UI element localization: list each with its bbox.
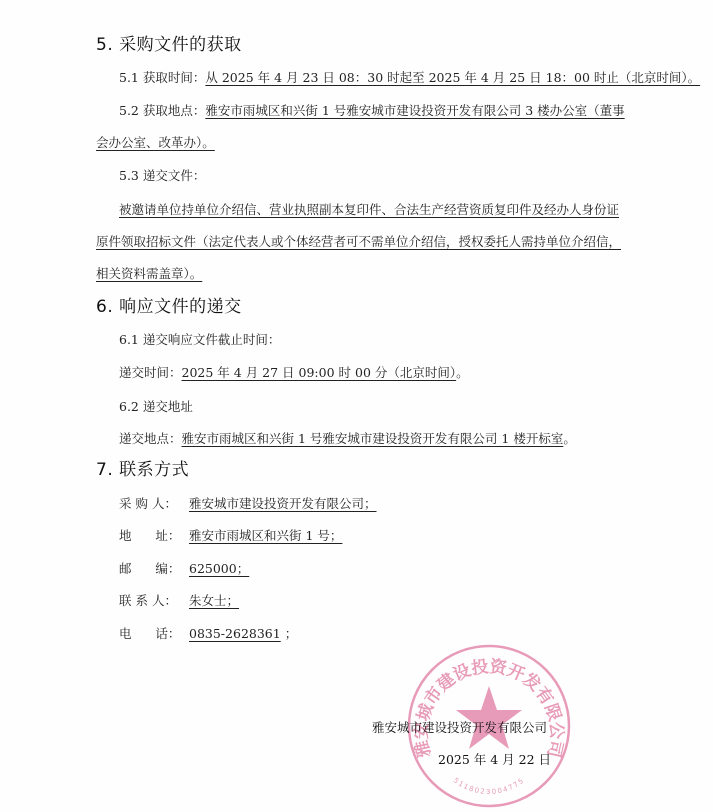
s5-1-label: 5.1 获取时间： xyxy=(119,70,205,85)
section-6-heading: 6. 响应文件的递交 xyxy=(96,292,242,317)
s5-2-line-2: 会办公室、改革办）。 xyxy=(96,133,215,151)
contact-value: 雅安市雨城区和兴街 1 号； xyxy=(189,528,342,543)
s5-3-text-1: 被邀请单位持单位介绍信、营业执照副本复印件、合法生产经营资质复印件及经办人身份证 xyxy=(119,202,619,217)
s5-2-label: 5.2 获取地点： xyxy=(119,103,205,118)
s5-2-value-line2: 会办公室、改革办）。 xyxy=(96,135,215,150)
contact-value: 朱女士； xyxy=(189,593,239,608)
document-page: 5. 采购文件的获取 5.1 获取时间：从 2025 年 4 月 23 日 08… xyxy=(0,0,713,812)
s6-1-time-line: 递交时间：2025 年 4 月 27 日 09:00 时 00 分（北京时间）。 xyxy=(119,363,469,381)
contact-label: 采 购 人： xyxy=(119,494,189,512)
s5-2-line: 5.2 获取地点：雅安市雨城区和兴街 1 号雅安城市建设投资开发有限公司 3 楼… xyxy=(119,101,625,119)
signature-company: 雅安城市建设投资开发有限公司 xyxy=(372,718,547,736)
contact-label: 电 话： xyxy=(119,624,189,642)
contact-row-address: 地 址：雅安市雨城区和兴街 1 号； xyxy=(119,526,342,544)
contact-row-person: 联 系 人：朱女士； xyxy=(119,591,239,609)
s5-1-line: 5.1 获取时间：从 2025 年 4 月 23 日 08：30 时起至 202… xyxy=(119,68,700,86)
s6-1-time-label: 递交时间： xyxy=(119,365,182,380)
s5-3-text-2: 原件领取招标文件（法定代表人或个体经营者可不需单位介绍信，授权委托人需持单位介绍… xyxy=(96,234,621,249)
s5-3-line-3: 相关资料需盖章）。 xyxy=(96,264,202,282)
svg-text:5118023004775: 5118023004775 xyxy=(452,776,526,796)
contact-row-postcode: 邮 编：625000； xyxy=(119,559,249,577)
s5-1-value: 从 2025 年 4 月 23 日 08：30 时起至 2025 年 4 月 2… xyxy=(205,70,700,85)
s6-2-addr-end: 。 xyxy=(563,431,576,446)
s6-1-time-value: 2025 年 4 月 27 日 09:00 时 00 分（北京时间） xyxy=(182,365,457,380)
s6-2-label: 6.2 递交地址 xyxy=(119,397,193,415)
section-7-heading: 7. 联系方式 xyxy=(96,455,189,480)
s5-3-text-3: 相关资料需盖章）。 xyxy=(96,266,202,281)
s5-3-label: 5.3 递交文件： xyxy=(119,166,205,184)
s5-3-line-1: 被邀请单位持单位介绍信、营业执照副本复印件、合法生产经营资质复印件及经办人身份证 xyxy=(119,200,619,218)
contact-row-phone: 电 话：0835-2628361 ； xyxy=(119,624,297,642)
s6-2-addr-label: 递交地点： xyxy=(119,431,182,446)
s6-1-time-end: 。 xyxy=(456,365,469,380)
s6-1-label: 6.1 递交响应文件截止时间： xyxy=(119,330,280,348)
contact-value: 雅安城市建设投资开发有限公司； xyxy=(189,496,377,511)
contact-row-purchaser: 采 购 人：雅安城市建设投资开发有限公司； xyxy=(119,494,377,512)
s5-2-value-line1: 雅安市雨城区和兴街 1 号雅安城市建设投资开发有限公司 3 楼办公室（董事 xyxy=(205,103,624,118)
section-5-heading: 5. 采购文件的获取 xyxy=(96,30,242,55)
contact-value: 625000； xyxy=(189,561,249,576)
contact-value: 0835-2628361 xyxy=(189,626,281,641)
s6-2-addr-value: 雅安市雨城区和兴街 1 号雅安城市建设投资开发有限公司 1 楼开标室 xyxy=(182,431,564,446)
s6-2-addr-line: 递交地点：雅安市雨城区和兴街 1 号雅安城市建设投资开发有限公司 1 楼开标室。 xyxy=(119,429,576,447)
contact-label: 联 系 人： xyxy=(119,591,189,609)
s5-3-line-2: 原件领取招标文件（法定代表人或个体经营者可不需单位介绍信，授权委托人需持单位介绍… xyxy=(96,232,621,250)
stamp-code: 5118023004775 xyxy=(452,776,526,796)
contact-label: 地 址： xyxy=(119,526,189,544)
contact-label: 邮 编： xyxy=(119,559,189,577)
contact-suffix: ； xyxy=(281,626,297,641)
signature-date: 2025 年 4 月 22 日 xyxy=(438,750,551,768)
